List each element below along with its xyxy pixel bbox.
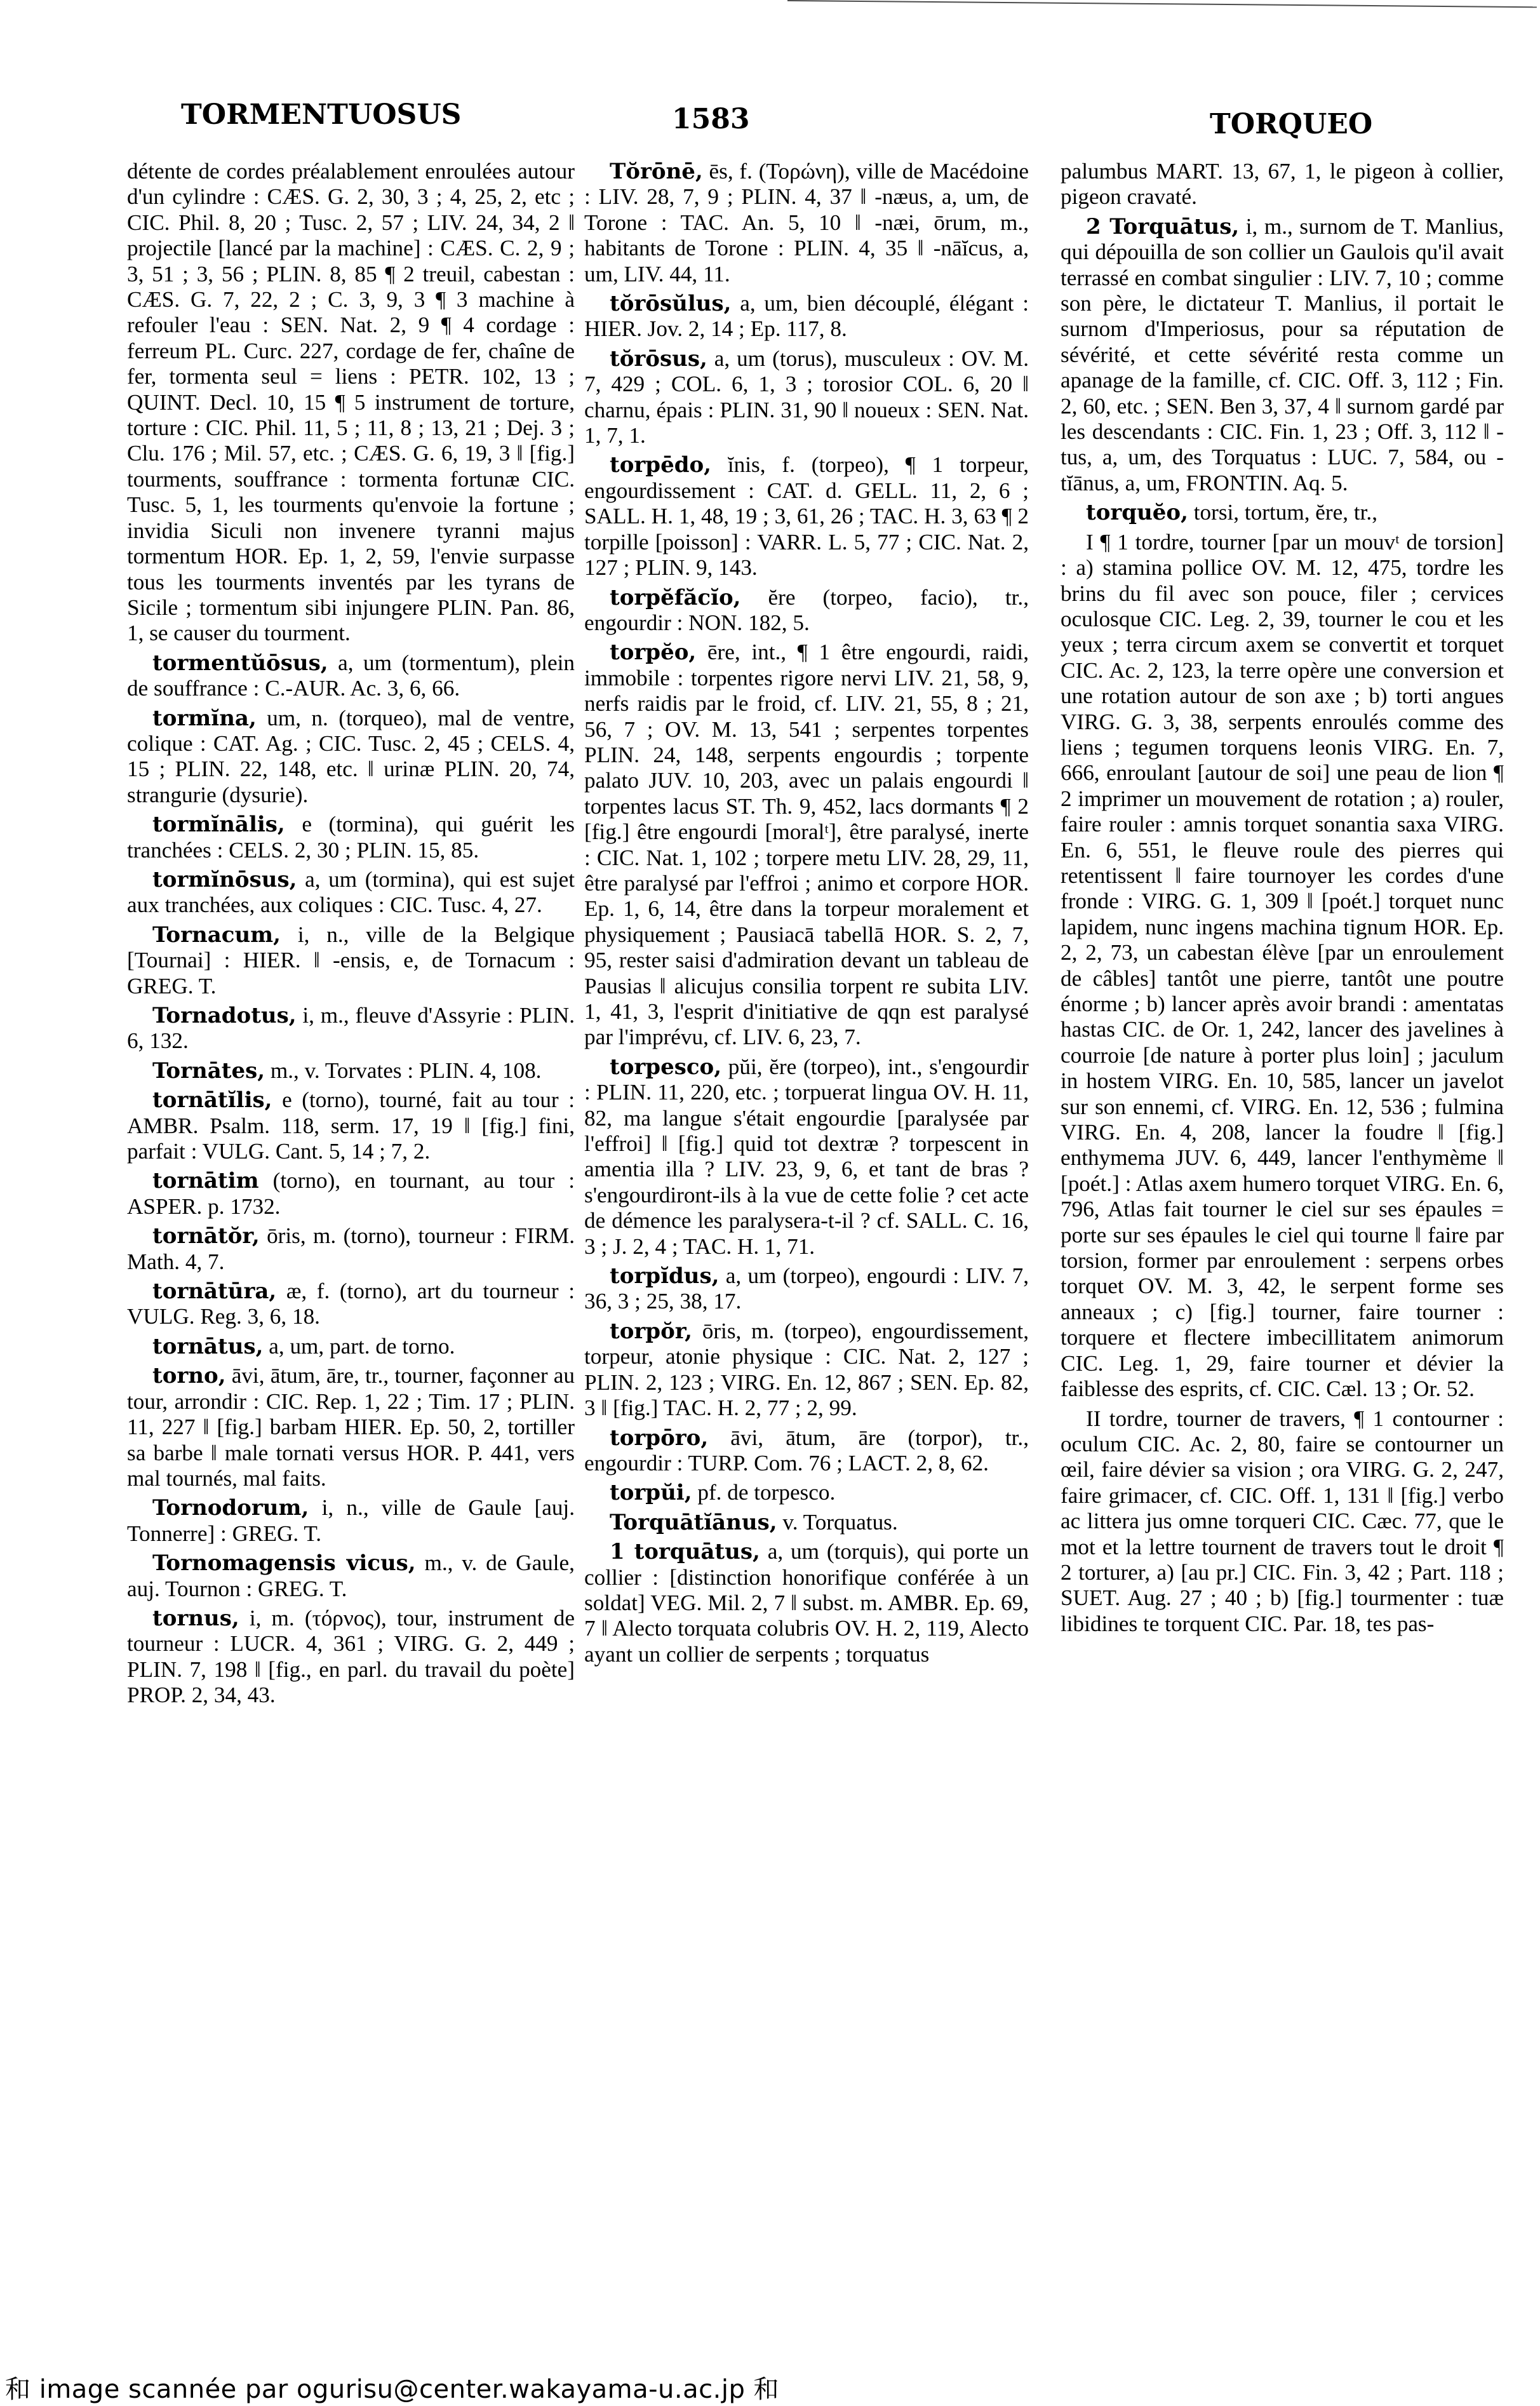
column-3: palumbus MART. 13, 67, 1, le pigeon à co…	[1061, 159, 1504, 1641]
entry-headword: tŏrōsŭlus,	[610, 291, 731, 316]
entry-headword: tornātus,	[152, 1334, 263, 1359]
dictionary-entry: 2 Torquātus, i, m., surnom de T. Manlius…	[1061, 214, 1504, 496]
entry-definition: ēre, int., ¶ 1 être engourdi, raidi, imm…	[584, 640, 1029, 1049]
dictionary-entry: tornātim (torno), en tournant, au tour :…	[127, 1168, 575, 1220]
dictionary-entry: torpōro, āvi, ātum, āre (torpor), tr., e…	[584, 1425, 1029, 1477]
entry-headword: torquĕo,	[1086, 500, 1188, 525]
dictionary-entry: torpĭdus, a, um (torpeo), engourdi : LIV…	[584, 1263, 1029, 1315]
right-guide-word: TORQUEO	[1210, 108, 1372, 140]
dictionary-entry: tormentŭōsus, a, um (tormentum), plein d…	[127, 650, 575, 702]
dictionary-entry: Tornodorum, i, n., ville de Gaule [auj. …	[127, 1495, 575, 1547]
entry-definition: pf. de torpesco.	[692, 1480, 836, 1505]
entry-headword: torpŭi,	[610, 1480, 692, 1505]
page-number: 1583	[672, 103, 749, 135]
entry-definition: torsi, tortum, ĕre, tr.,	[1188, 500, 1377, 525]
dictionary-entry: Tornātes, m., v. Torvates : PLIN. 4, 108…	[127, 1058, 575, 1084]
dictionary-entry: tornātŏr, ōris, m. (torno), tourneur : F…	[127, 1223, 575, 1275]
entry-headword: torpesco,	[610, 1054, 721, 1080]
dictionary-entry: tornātūra, æ, f. (torno), art du tourneu…	[127, 1279, 575, 1330]
entry-headword: torpōro,	[610, 1425, 708, 1451]
entry-headword: tornātim	[152, 1168, 259, 1193]
entry-headword: torpĭdus,	[610, 1263, 719, 1289]
entry-headword: Tornadotus,	[152, 1003, 297, 1028]
dictionary-entry: torpēdo, ĭnis, f. (torpeo), ¶ 1 torpeur,…	[584, 452, 1029, 581]
entry-headword: Torquātĭānus,	[610, 1510, 777, 1535]
entry-definition: m., v. Torvates : PLIN. 4, 108.	[265, 1058, 541, 1083]
dictionary-entry: torpesco, pŭi, ĕre (torpeo), int., s'eng…	[584, 1054, 1029, 1260]
dictionary-entry: torno, āvi, ātum, āre, tr., tourner, faç…	[127, 1363, 575, 1491]
entry-definition: détente de cordes préalablement enroulée…	[127, 159, 575, 645]
dictionary-entry: palumbus MART. 13, 67, 1, le pigeon à co…	[1061, 159, 1504, 210]
scan-credit-footer: 和 image scannée par ogurisu@center.wakay…	[5, 2369, 779, 2405]
entry-headword: tornātŏr,	[152, 1223, 260, 1249]
entry-headword: tŏrōsus,	[610, 346, 707, 372]
dictionary-entry: détente de cordes préalablement enroulée…	[127, 159, 575, 647]
dictionary-entry: torpĕfăcĭo, ĕre (torpeo, facio), tr., en…	[584, 585, 1029, 636]
entry-definition: II tordre, tourner de travers, ¶ 1 conto…	[1061, 1406, 1504, 1636]
page-header: TORMENTUOSUS 1583 TORQUEO	[0, 95, 1540, 146]
entry-headword: 1 torquātus,	[610, 1539, 760, 1564]
entry-headword: Tornomagensis vicus,	[152, 1550, 416, 1576]
entry-headword: Tŏrōnē,	[610, 159, 703, 184]
dictionary-entry: torquĕo, torsi, tortum, ĕre, tr.,	[1061, 500, 1504, 525]
entry-definition: v. Torquatus.	[777, 1510, 898, 1535]
dictionary-entry: tormĭnālis, e (tormina), qui guérit les …	[127, 812, 575, 863]
entry-definition: I ¶ 1 tordre, tourner [par un mouvᵗ de t…	[1061, 530, 1504, 1401]
entry-headword: torpŏr,	[610, 1319, 692, 1344]
entry-headword: 2 Torquātus,	[1086, 214, 1239, 239]
entry-headword: Tornodorum,	[152, 1495, 309, 1521]
entry-headword: tormĭnōsus,	[152, 867, 297, 892]
entry-headword: tornātūra,	[152, 1279, 276, 1304]
left-guide-word: TORMENTUOSUS	[181, 98, 461, 131]
dictionary-entry: II tordre, tourner de travers, ¶ 1 conto…	[1061, 1406, 1504, 1637]
entry-headword: tornus,	[152, 1606, 239, 1631]
dictionary-entry: Tornacum, i, n., ville de la Belgique [T…	[127, 922, 575, 999]
scan-edge-artifact	[787, 0, 1537, 8]
entry-definition: pŭi, ĕre (torpeo), int., s'engourdir : P…	[584, 1054, 1029, 1259]
entry-headword: torno,	[152, 1363, 226, 1388]
column-2: Tŏrōnē, ēs, f. (Τορώνη), ville de Macédo…	[584, 159, 1029, 1671]
dictionary-entry: Tornadotus, i, m., fleuve d'Assyrie : PL…	[127, 1003, 575, 1054]
dictionary-entry: Tornomagensis vicus, m., v. de Gaule, au…	[127, 1550, 575, 1602]
dictionary-entry: torpŏr, ōris, m. (torpeo), engourdisseme…	[584, 1319, 1029, 1421]
entry-definition: i, m., surnom de T. Manlius, qui dépouil…	[1061, 214, 1504, 495]
dictionary-entry: torpŭi, pf. de torpesco.	[584, 1480, 1029, 1505]
dictionary-entry: tŏrōsus, a, um (torus), musculeux : OV. …	[584, 346, 1029, 449]
dictionary-entry: tŏrōsŭlus, a, um, bien découplé, élégant…	[584, 291, 1029, 342]
dictionary-entry: tormĭna, um, n. (torqueo), mal de ventre…	[127, 706, 575, 809]
dictionary-entry: torpĕo, ēre, int., ¶ 1 être engourdi, ra…	[584, 640, 1029, 1051]
entry-headword: Tornātes,	[152, 1058, 265, 1084]
entry-definition: palumbus MART. 13, 67, 1, le pigeon à co…	[1061, 159, 1504, 209]
dictionary-entry: Torquātĭānus, v. Torquatus.	[584, 1510, 1029, 1535]
entry-headword: tornātĭlis,	[152, 1087, 272, 1113]
entry-headword: torpĕo,	[610, 640, 696, 665]
entry-headword: tormĭna,	[152, 706, 257, 731]
entry-headword: tormentŭōsus,	[152, 650, 328, 676]
dictionary-entry: I ¶ 1 tordre, tourner [par un mouvᵗ de t…	[1061, 530, 1504, 1402]
dictionary-entry: tornātĭlis, e (torno), tourné, fait au t…	[127, 1087, 575, 1164]
entry-headword: tormĭnālis,	[152, 812, 285, 837]
dictionary-entry: tornātus, a, um, part. de torno.	[127, 1334, 575, 1359]
entry-headword: Tornacum,	[152, 922, 281, 948]
dictionary-entry: Tŏrōnē, ēs, f. (Τορώνη), ville de Macédo…	[584, 159, 1029, 287]
dictionary-entry: 1 torquātus, a, um (torquis), qui porte …	[584, 1539, 1029, 1667]
entry-headword: torpēdo,	[610, 452, 711, 478]
dictionary-entry: tornus, i, m. (τόρνος), tour, instrument…	[127, 1606, 575, 1709]
entry-headword: torpĕfăcĭo,	[610, 585, 741, 610]
column-1: détente de cordes préalablement enroulée…	[127, 159, 575, 1712]
dictionary-entry: tormĭnōsus, a, um (tormina), qui est suj…	[127, 867, 575, 918]
entry-definition: a, um, part. de torno.	[263, 1334, 455, 1359]
